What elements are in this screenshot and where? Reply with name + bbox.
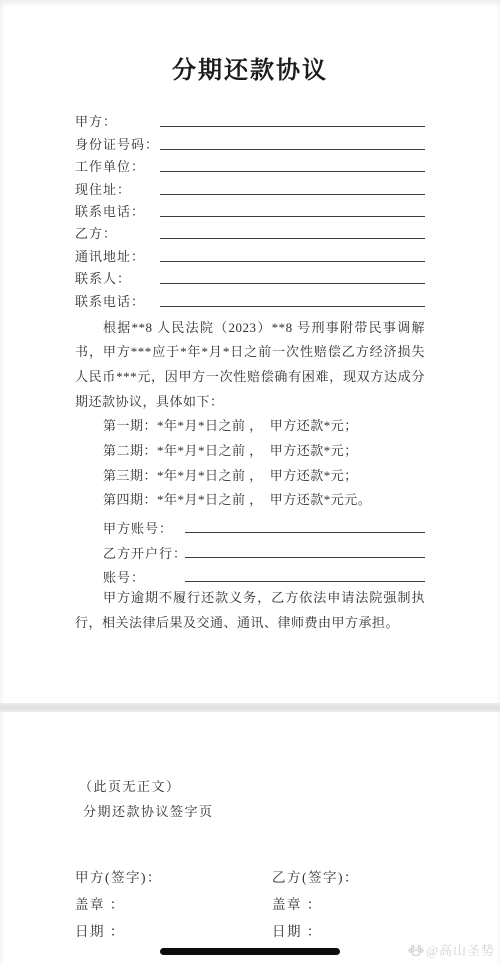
field-label: 乙方： bbox=[75, 223, 160, 242]
field-row-phone-b: 联系电话： bbox=[75, 287, 425, 309]
field-underline bbox=[160, 306, 425, 307]
field-label: 乙方开户行： bbox=[103, 543, 185, 562]
watermark-text: @高山圣势 bbox=[426, 940, 495, 959]
field-underline bbox=[185, 581, 425, 582]
field-label: 身份证号码： bbox=[75, 134, 160, 153]
field-row-mailing-address: 通讯地址： bbox=[75, 242, 425, 264]
field-row-party-b-bank: 乙方开户行： bbox=[103, 537, 425, 562]
field-label: 联系电话： bbox=[75, 291, 160, 310]
field-row-employer: 工作单位： bbox=[75, 153, 425, 175]
field-underline bbox=[160, 194, 425, 195]
field-underline bbox=[160, 171, 425, 172]
account-fields: 甲方账号： 乙方开户行： 账号： bbox=[103, 513, 425, 587]
paw-icon bbox=[408, 942, 424, 958]
field-underline bbox=[160, 126, 425, 127]
watermark: @高山圣势 bbox=[408, 940, 495, 959]
signature-blocks: 甲方(签字)： 盖章 ： 日期 ： 乙方(签字)： 盖章 ： 日期 ： bbox=[75, 864, 425, 945]
field-label: 通讯地址： bbox=[75, 246, 160, 265]
signature-page-title: 分期还款协议签字页 bbox=[75, 799, 425, 824]
field-row-phone-a: 联系电话： bbox=[75, 198, 425, 220]
field-row-party-b: 乙方： bbox=[75, 220, 425, 242]
field-row-account-number: 账号： bbox=[103, 562, 425, 587]
field-underline bbox=[160, 283, 425, 284]
field-row-contact-person: 联系人： bbox=[75, 265, 425, 287]
party-a-signature-block: 甲方(签字)： 盖章 ： 日期 ： bbox=[75, 864, 272, 945]
field-row-id-number: 身份证号码： bbox=[75, 130, 425, 152]
field-label: 联系人： bbox=[75, 268, 160, 287]
field-row-party-a: 甲方： bbox=[75, 108, 425, 130]
field-label: 甲方： bbox=[75, 111, 160, 130]
document-page: 分期还款协议 甲方： 身份证号码： 工作单位： 现住址： 联系电话： bbox=[0, 0, 500, 964]
installment-list: 第一期：*年*月*日之前 ， 甲方还款*元； 第二期：*年*月*日之前 ， 甲方… bbox=[103, 414, 425, 512]
party-fields: 甲方： 身份证号码： 工作单位： 现住址： 联系电话： 乙方： bbox=[75, 108, 425, 310]
page-divider bbox=[0, 703, 500, 712]
agreement-page-1: 分期还款协议 甲方： 身份证号码： 工作单位： 现住址： 联系电话： bbox=[0, 0, 500, 703]
field-underline bbox=[185, 557, 425, 558]
installment-line-1: 第一期：*年*月*日之前 ， 甲方还款*元； bbox=[103, 414, 425, 439]
no-text-note: （此页无正文） bbox=[75, 712, 425, 799]
party-a-seal-label: 盖章 ： bbox=[75, 891, 272, 918]
field-underline bbox=[160, 149, 425, 150]
home-indicator-bar bbox=[160, 948, 340, 955]
page-title: 分期还款协议 bbox=[75, 0, 425, 85]
installment-line-3: 第三期：*年*月*日之前 ， 甲方还款*元； bbox=[103, 464, 425, 489]
field-label: 现住址： bbox=[75, 179, 160, 198]
installment-line-4: 第四期：*年*月*日之前 ， 甲方还款*元元。 bbox=[103, 488, 425, 513]
field-underline bbox=[185, 532, 425, 533]
field-label: 联系电话： bbox=[75, 201, 160, 220]
party-a-date-label: 日期 ： bbox=[75, 918, 272, 945]
party-b-seal-label: 盖章 ： bbox=[272, 891, 359, 918]
field-underline bbox=[160, 261, 425, 262]
party-b-sign-label: 乙方(签字)： bbox=[272, 864, 359, 891]
party-b-date-label: 日期 ： bbox=[272, 918, 359, 945]
installment-line-2: 第二期：*年*月*日之前 ， 甲方还款*元； bbox=[103, 439, 425, 464]
party-b-signature-block: 乙方(签字)： 盖章 ： 日期 ： bbox=[272, 864, 359, 945]
field-label: 工作单位： bbox=[75, 156, 160, 175]
field-underline bbox=[160, 238, 425, 239]
signature-page: （此页无正文） 分期还款协议签字页 甲方(签字)： 盖章 ： 日期 ： 乙方(签… bbox=[0, 712, 500, 964]
party-a-sign-label: 甲方(签字)： bbox=[75, 864, 272, 891]
intro-paragraph: 根据**8 人民法院（2023）**8 号刑事附带民事调解书，甲方***应于*年… bbox=[75, 316, 425, 415]
field-row-party-a-account: 甲方账号： bbox=[103, 513, 425, 538]
field-underline bbox=[160, 216, 425, 217]
field-row-address: 现住址： bbox=[75, 175, 425, 197]
field-label: 账号： bbox=[103, 567, 185, 586]
closing-paragraph: 甲方逾期不履行还款义务，乙方依法申请法院强制执行，相关法律后果及交通、通讯、律师… bbox=[75, 586, 425, 635]
field-label: 甲方账号： bbox=[103, 518, 185, 537]
